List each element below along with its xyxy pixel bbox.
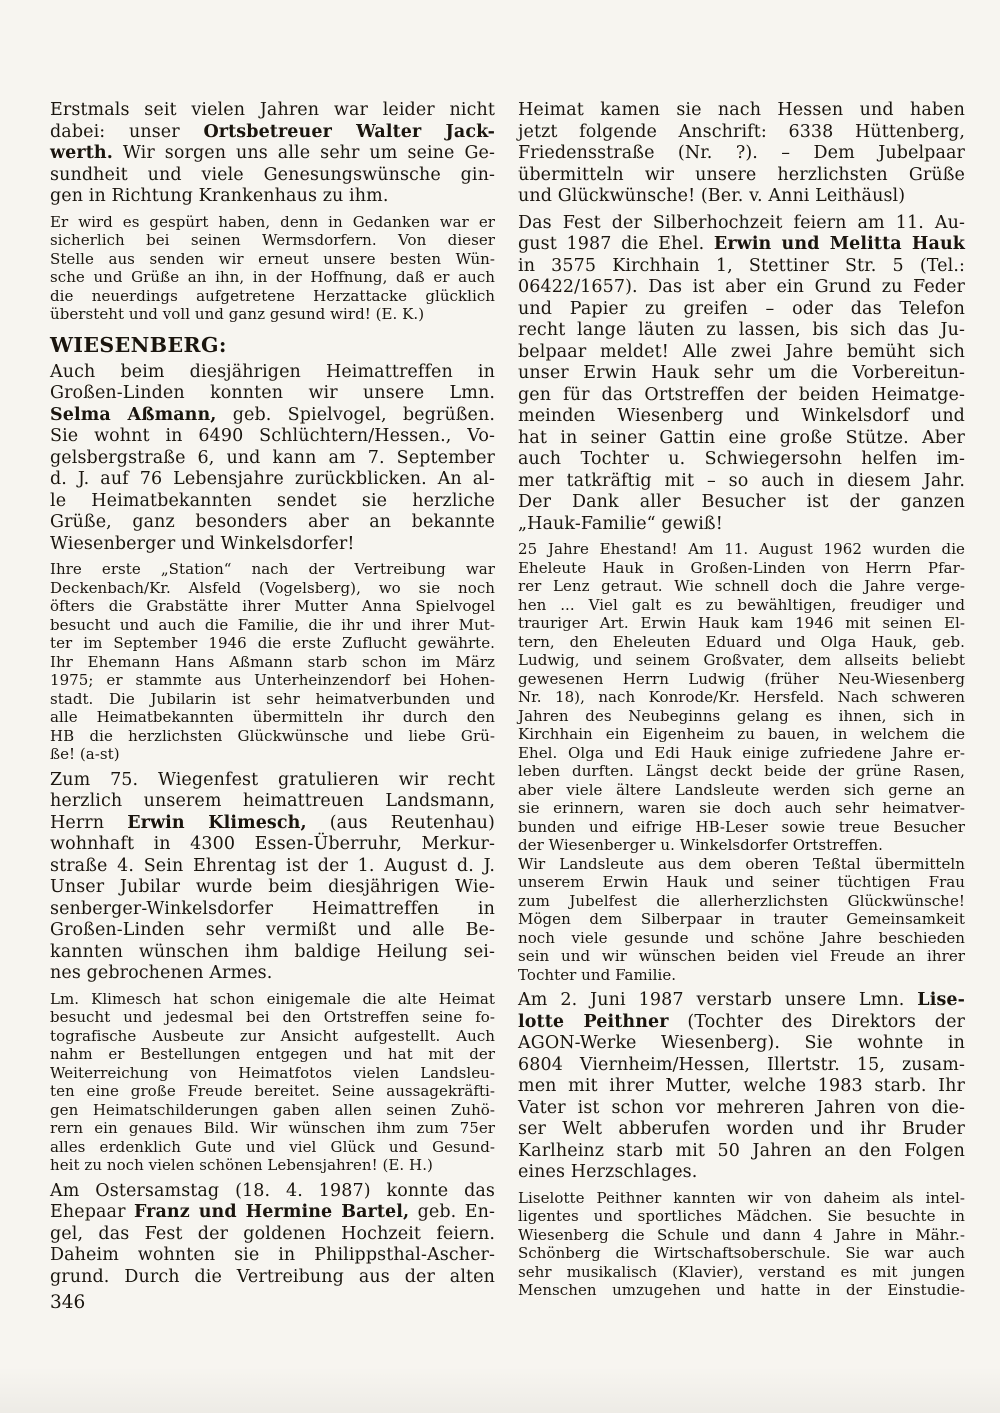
text-line: ße! (a-st) <box>50 745 495 764</box>
text-line: herzlich unserem heimattreuen Landsmann, <box>50 791 495 813</box>
text-line: gust 1987 die Ehel. Erwin und Melitta Ha… <box>518 234 965 256</box>
small-print-paragraph: Liselotte Peithner kannten wir von dahei… <box>518 1189 965 1300</box>
text-line: Stelle aus senden wir erneut unsere best… <box>50 250 495 269</box>
text-line: „Hauk-Familie“ gewiß! <box>518 514 965 536</box>
text-line: 6804 Viernheim/Hessen, Illertstr. 15, zu… <box>518 1055 965 1077</box>
text-line: öfters die Grabstätte ihrer Mutter Anna … <box>50 597 495 616</box>
text-line: Herrn Erwin Klimesch, (aus Reutenhau) <box>50 813 495 835</box>
text-line: die neuerdings aufgetretene Herzattacke … <box>50 287 495 306</box>
text-line: ser Welt abberufen worden und ihr Bruder <box>518 1119 965 1141</box>
text-line: Menschen umzugehen und hatte in der Eins… <box>518 1281 965 1300</box>
small-print-paragraph: 25 Jahre Ehestand! Am 11. August 1962 wu… <box>518 540 965 855</box>
text-line: ter im September 1946 die erste Zuflucht… <box>50 634 495 653</box>
text-line: stadt. Die Jubilarin ist sehr heimatverb… <box>50 690 495 709</box>
text-line: Sie wohnt in 6490 Schlüchtern/Hessen., V… <box>50 426 495 448</box>
text-line: übersteht und voll und ganz gesund wird!… <box>50 305 495 324</box>
text-line: Der Dank aller Besucher ist der ganzen <box>518 492 965 514</box>
text-line: Eheleute Hauk in Großen-Linden von Herrn… <box>518 559 965 578</box>
text-line: werth. Wir sorgen uns alle sehr um seine… <box>50 143 495 165</box>
text-line: Zum 75. Wiegenfest gratulieren wir recht <box>50 770 495 792</box>
text-line: Erstmals seit vielen Jahren war leider n… <box>50 100 495 122</box>
text-line: Schönberg die Wirtschaftsoberschule. Sie… <box>518 1244 965 1263</box>
text-line: rern ein genaues Bild. Wir wünschen ihm … <box>50 1119 495 1138</box>
text-line: Großen-Linden konnten wir unsere Lmn. <box>50 383 495 405</box>
text-line: mer tatkräftig mit – so auch in diesem J… <box>518 471 965 493</box>
text-line: le Heimatbekannten sendet sie herzliche <box>50 491 495 513</box>
text-line: bunden und eifrige HB-Leser sowie treue … <box>518 818 965 837</box>
text-line: gel, das Fest der goldenen Hochzeit feie… <box>50 1224 495 1246</box>
text-line: Weiterreichung von Heimatfotos vielen La… <box>50 1064 495 1083</box>
text-line: besucht und jedesmal bei den Ortstreffen… <box>50 1008 495 1027</box>
text-line: aber viele ältere Landsleute werden sich… <box>518 781 965 800</box>
text-line: Jahren des Neubeginns gelang es ihnen, s… <box>518 707 965 726</box>
text-line: lotte Peithner (Tochter des Direktors de… <box>518 1012 965 1034</box>
text-line: Ehel. Olga und Edi Hauk einige zufrieden… <box>518 744 965 763</box>
text-line: nahm er Bestellungen entgegen und hat mi… <box>50 1045 495 1064</box>
text-line: sein und wir wünschen beiden viel Freude… <box>518 947 965 966</box>
text-line: tografische Ausbeute zur Ansicht aufgest… <box>50 1027 495 1046</box>
text-line: noch viele gesunde und schöne Jahre besc… <box>518 929 965 948</box>
text-line: ligentes und sportliches Mädchen. Sie be… <box>518 1207 965 1226</box>
text-line: gen für das Ortstreffen der beiden Heima… <box>518 385 965 407</box>
text-line: Karlheinz starb mit 50 Jahren an den Fol… <box>518 1141 965 1163</box>
text-line: straße 4. Sein Ehrentag ist der 1. Augus… <box>50 856 495 878</box>
text-line: Ehepaar Franz und Hermine Bartel, geb. E… <box>50 1202 495 1224</box>
text-line: Ihre erste „Station“ nach der Vertreibun… <box>50 560 495 579</box>
text-line: hat in seiner Gattin eine große Stütze. … <box>518 428 965 450</box>
text-line: Am Ostersamstag (18. 4. 1987) konnte das <box>50 1181 495 1203</box>
text-line: 25 Jahre Ehestand! Am 11. August 1962 wu… <box>518 540 965 559</box>
text-line: gen in Richtung Krankenhaus zu ihm. <box>50 186 495 208</box>
small-print-paragraph: Lm. Klimesch hat schon einigemale die al… <box>50 990 495 1175</box>
text-line: Friedensstraße (Nr. ?). – Dem Jubelpaar <box>518 143 965 165</box>
text-line: Deckenbach/Kr. Alsfeld (Vogelsberg), wo … <box>50 579 495 598</box>
text-line: sehr musikalisch (Klavier), verstand es … <box>518 1263 965 1282</box>
text-line: gelsbergstraße 6, und kann am 7. Septemb… <box>50 448 495 470</box>
text-line: trauriger Art. Erwin Hauk kam 1946 mit s… <box>518 614 965 633</box>
text-line: Das Fest der Silberhochzeit feiern am 11… <box>518 213 965 235</box>
text-line: alles erdenklich Gute und viel Glück und… <box>50 1138 495 1157</box>
text-line: heit zu noch vielen schönen Lebensjahren… <box>50 1156 495 1175</box>
text-line: übermitteln wir unsere herzlichsten Grüß… <box>518 165 965 187</box>
text-line: unser Erwin Hauk sehr um die Vorbereitun… <box>518 363 965 385</box>
text-line: rer Lenz getraut. Wie schnell doch die J… <box>518 577 965 596</box>
text-line: sundheit und viele Genesungswünsche gin- <box>50 165 495 187</box>
text-line: besucht und auch die Familie, die ihr un… <box>50 616 495 635</box>
paragraph: Am Ostersamstag (18. 4. 1987) konnte das… <box>50 1181 495 1289</box>
text-line: Tochter und Familie. <box>518 966 965 985</box>
text-line: und Papier zu greifen – oder das Telefon <box>518 299 965 321</box>
left-column: Erstmals seit vielen Jahren war leider n… <box>50 100 495 1293</box>
small-print-paragraph: Ihre erste „Station“ nach der Vertreibun… <box>50 560 495 764</box>
text-line: meinden Wiesenberg und Winkelsdorf und <box>518 406 965 428</box>
text-line: wohnhaft in 4300 Essen-Überruhr, Merkur- <box>50 834 495 856</box>
text-line: 1975; er stammte aus Unterheinzendorf be… <box>50 671 495 690</box>
text-line: Großen-Linden sehr vermißt und alle Be- <box>50 920 495 942</box>
text-line: sicherlich bei seinen Wermsdorfern. Von … <box>50 231 495 250</box>
text-line: hen ... Viel galt es zu bewähltigen, fre… <box>518 596 965 615</box>
text-line: grund. Durch die Vertreibung aus der alt… <box>50 1267 495 1289</box>
text-line: d. J. auf 76 Lebensjahre zurückblicken. … <box>50 469 495 491</box>
text-line: 06422/1657). Das ist aber ein Grund zu F… <box>518 277 965 299</box>
text-line: Ihr Ehemann Hans Aßmann starb schon im M… <box>50 653 495 672</box>
text-line: der Wiesenberger u. Winkelsdorfer Ortstr… <box>518 836 965 855</box>
text-line: ten eine große Freude bereitet. Seine au… <box>50 1082 495 1101</box>
text-line: Liselotte Peithner kannten wir von dahei… <box>518 1189 965 1208</box>
text-line: belpaar meldet! Alle zwei Jahre bemüht s… <box>518 342 965 364</box>
text-line: Unser Jubilar wurde beim diesjährigen Wi… <box>50 877 495 899</box>
text-line: recht lange läuten zu lassen, bis sich d… <box>518 320 965 342</box>
text-line: Wiesenberger und Winkelsdorfer! <box>50 534 495 556</box>
text-line: men mit ihrer Mutter, welche 1983 starb.… <box>518 1076 965 1098</box>
paragraph: Erstmals seit vielen Jahren war leider n… <box>50 100 495 208</box>
text-line: Am 2. Juni 1987 verstarb unsere Lmn. Lis… <box>518 990 965 1012</box>
text-line: dabei: unser Ortsbetreuer Walter Jack- <box>50 122 495 144</box>
small-print-paragraph: Wir Landsleute aus dem oberen Teßtal übe… <box>518 855 965 985</box>
text-line: Auch beim diesjährigen Heimattreffen in <box>50 362 495 384</box>
paragraph: Am 2. Juni 1987 verstarb unsere Lmn. Lis… <box>518 990 965 1184</box>
text-line: alle Heimatbekannten übermitteln ihr dur… <box>50 708 495 727</box>
paragraph: Das Fest der Silberhochzeit feiern am 11… <box>518 213 965 536</box>
text-line: auch Tochter u. Schwiegersohn helfen im- <box>518 449 965 471</box>
text-line: jetzt folgende Anschrift: 6338 Hüttenber… <box>518 122 965 144</box>
text-line: Nr. 18), nach Konrode/Kr. Hersfeld. Nach… <box>518 688 965 707</box>
text-line: sie erinnern, waren sie doch auch sehr h… <box>518 799 965 818</box>
text-line: Selma Aßmann, geb. Spielvogel, begrüßen. <box>50 405 495 427</box>
paragraph: Heimat kamen sie nach Hessen und habenje… <box>518 100 965 208</box>
text-line: Heimat kamen sie nach Hessen und haben <box>518 100 965 122</box>
text-line: Daheim wohnten sie in Philippsthal-Asche… <box>50 1245 495 1267</box>
text-line: kannten wünschen ihm baldige Heilung sei… <box>50 942 495 964</box>
text-line: Vater ist schon vor mehreren Jahren von … <box>518 1098 965 1120</box>
text-line: sche und Grüße an ihn, in der Hoffnung, … <box>50 268 495 287</box>
paragraph: Zum 75. Wiegenfest gratulieren wir recht… <box>50 770 495 985</box>
text-line: senberger-Winkelsdorfer Heimattreffen in <box>50 899 495 921</box>
text-line: und Glückwünsche! (Ber. v. Anni Leithäus… <box>518 186 965 208</box>
text-line: eines Herzschlages. <box>518 1162 965 1184</box>
text-line: zum Jubelfest die allerherzlichsten Glüc… <box>518 892 965 911</box>
text-line: nes gebrochenen Armes. <box>50 963 495 985</box>
text-line: Wiesenberg die Schule und dann 4 Jahre i… <box>518 1226 965 1245</box>
page: Erstmals seit vielen Jahren war leider n… <box>0 0 1000 1413</box>
text-line: in 3575 Kirchhain 1, Stettiner Str. 5 (T… <box>518 256 965 278</box>
text-line: Ludwig, und seinem Großvater, dem allsei… <box>518 651 965 670</box>
text-line: Grüße, ganz besonders aber an bekannte <box>50 512 495 534</box>
text-line: tern, den Eheleuten Eduard und Olga Hauk… <box>518 633 965 652</box>
text-line: Kirchhain ein Eigenheim zu bauen, in wel… <box>518 725 965 744</box>
text-line: gen Heimatschilderungen gaben allen sein… <box>50 1101 495 1120</box>
text-line: HB die herzlichsten Glückwünsche und lie… <box>50 727 495 746</box>
small-print-paragraph: Er wird es gespürt haben, denn in Gedank… <box>50 213 495 324</box>
text-line: unserem Erwin Hauk und seiner tüchtigen … <box>518 873 965 892</box>
text-line: Er wird es gespürt haben, denn in Gedank… <box>50 213 495 232</box>
text-line: leben durften. Längst deckt beide der gr… <box>518 762 965 781</box>
text-line: AGON-Werke Wiesenberg). Sie wohnte in <box>518 1033 965 1055</box>
paragraph: Auch beim diesjährigen Heimattreffen inG… <box>50 362 495 556</box>
text-line: Lm. Klimesch hat schon einigemale die al… <box>50 990 495 1009</box>
page-number: 346 <box>50 1293 85 1313</box>
text-line: Wir Landsleute aus dem oberen Teßtal übe… <box>518 855 965 874</box>
text-line: Mögen dem Silberpaar in trauter Gemeinsa… <box>518 910 965 929</box>
text-line: gewesenen Herrn Ludwig (früher Neu-Wiese… <box>518 670 965 689</box>
right-column: Heimat kamen sie nach Hessen und habenje… <box>518 100 965 1306</box>
section-heading: WIESENBERG: <box>50 332 495 358</box>
